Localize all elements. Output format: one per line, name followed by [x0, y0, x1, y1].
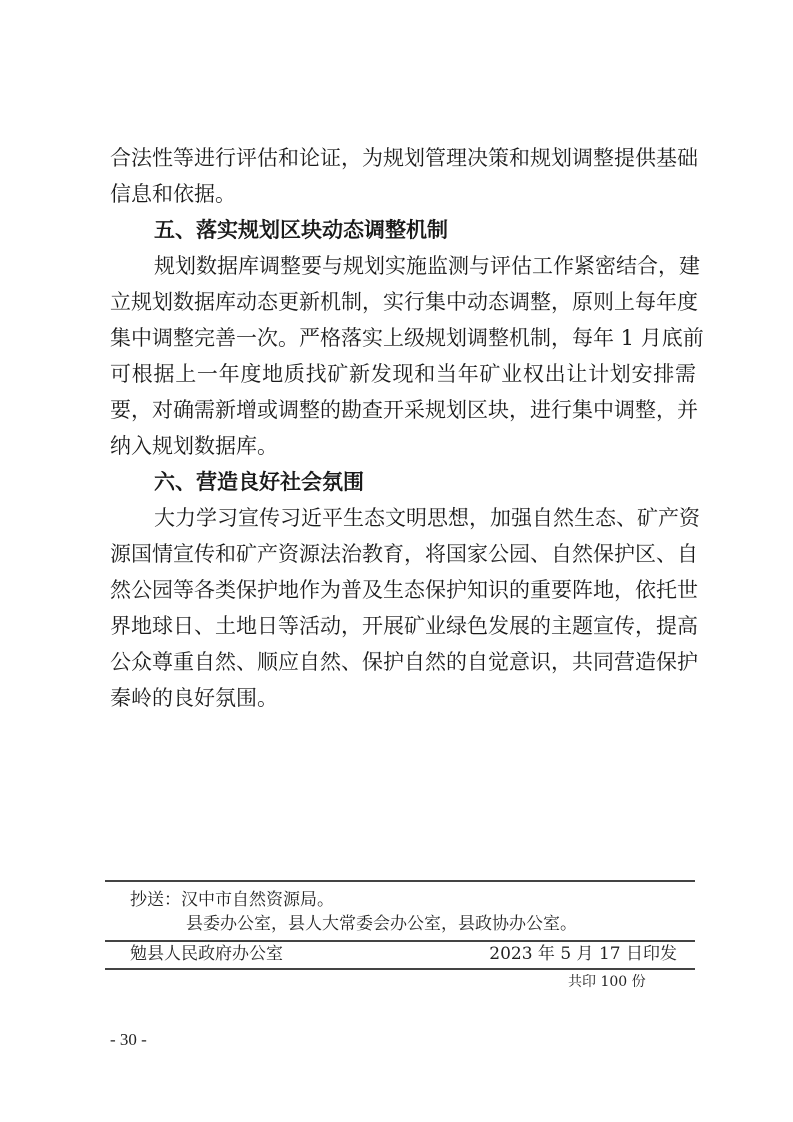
paragraph-line: 规划数据库调整要与规划实施监测与评估工作紧密结合，建 [110, 248, 696, 284]
paragraph-line: 公众尊重自然、顺应自然、保护自然的自觉意识，共同营造保护 [110, 644, 696, 680]
copies-count: 共印 100 份 [568, 972, 646, 992]
paragraph-line: 集中调整完善一次。严格落实上级规划调整机制，每年 1 月底前 [110, 320, 696, 356]
cc-label: 抄送： [130, 890, 181, 910]
cc-row-2: 县委办公室，县人大常委会办公室，县政协办公室。 [186, 912, 577, 936]
paragraph-line: 秦岭的良好氛围。 [110, 680, 696, 716]
page-number: - 30 - [110, 1030, 147, 1050]
issuer: 勉县人民政府办公室 [130, 942, 283, 966]
paragraph-line: 然公园等各类保护地作为普及生态保护知识的重要阵地，依托世 [110, 572, 696, 608]
paragraph-line: 要，对确需新增或调整的勘查开采规划区块，进行集中调整，并 [110, 392, 696, 428]
issue-date: 2023 年 5 月 17 日印发 [489, 942, 677, 966]
cc-row-1: 抄送：汉中市自然资源局。 [130, 888, 334, 912]
paragraph-line: 界地球日、土地日等活动，开展矿业绿色发展的主题宣传，提高 [110, 608, 696, 644]
footer-bottom-rule [105, 968, 695, 970]
paragraph-line: 源国情宣传和矿产资源法治教育，将国家公园、自然保护区、自 [110, 536, 696, 572]
paragraph-line: 立规划数据库动态更新机制，实行集中动态调整，原则上每年度 [110, 284, 696, 320]
paragraph-line: 信息和依据。 [110, 176, 696, 212]
footer-top-rule [105, 880, 695, 882]
paragraph-line: 合法性等进行评估和论证，为规划管理决策和规划调整提供基础 [110, 140, 696, 176]
document-body: 合法性等进行评估和论证，为规划管理决策和规划调整提供基础 信息和依据。 五、落实… [110, 140, 696, 716]
section-heading-6: 六、营造良好社会氛围 [110, 464, 696, 500]
paragraph-line: 纳入规划数据库。 [110, 428, 696, 464]
document-page: 合法性等进行评估和论证，为规划管理决策和规划调整提供基础 信息和依据。 五、落实… [0, 0, 793, 1122]
cc-recipient-1: 汉中市自然资源局。 [181, 890, 334, 910]
section-heading-5: 五、落实规划区块动态调整机制 [110, 212, 696, 248]
paragraph-line: 大力学习宣传习近平生态文明思想，加强自然生态、矿产资 [110, 500, 696, 536]
paragraph-line: 可根据上一年度地质找矿新发现和当年矿业权出让计划安排需 [110, 356, 696, 392]
